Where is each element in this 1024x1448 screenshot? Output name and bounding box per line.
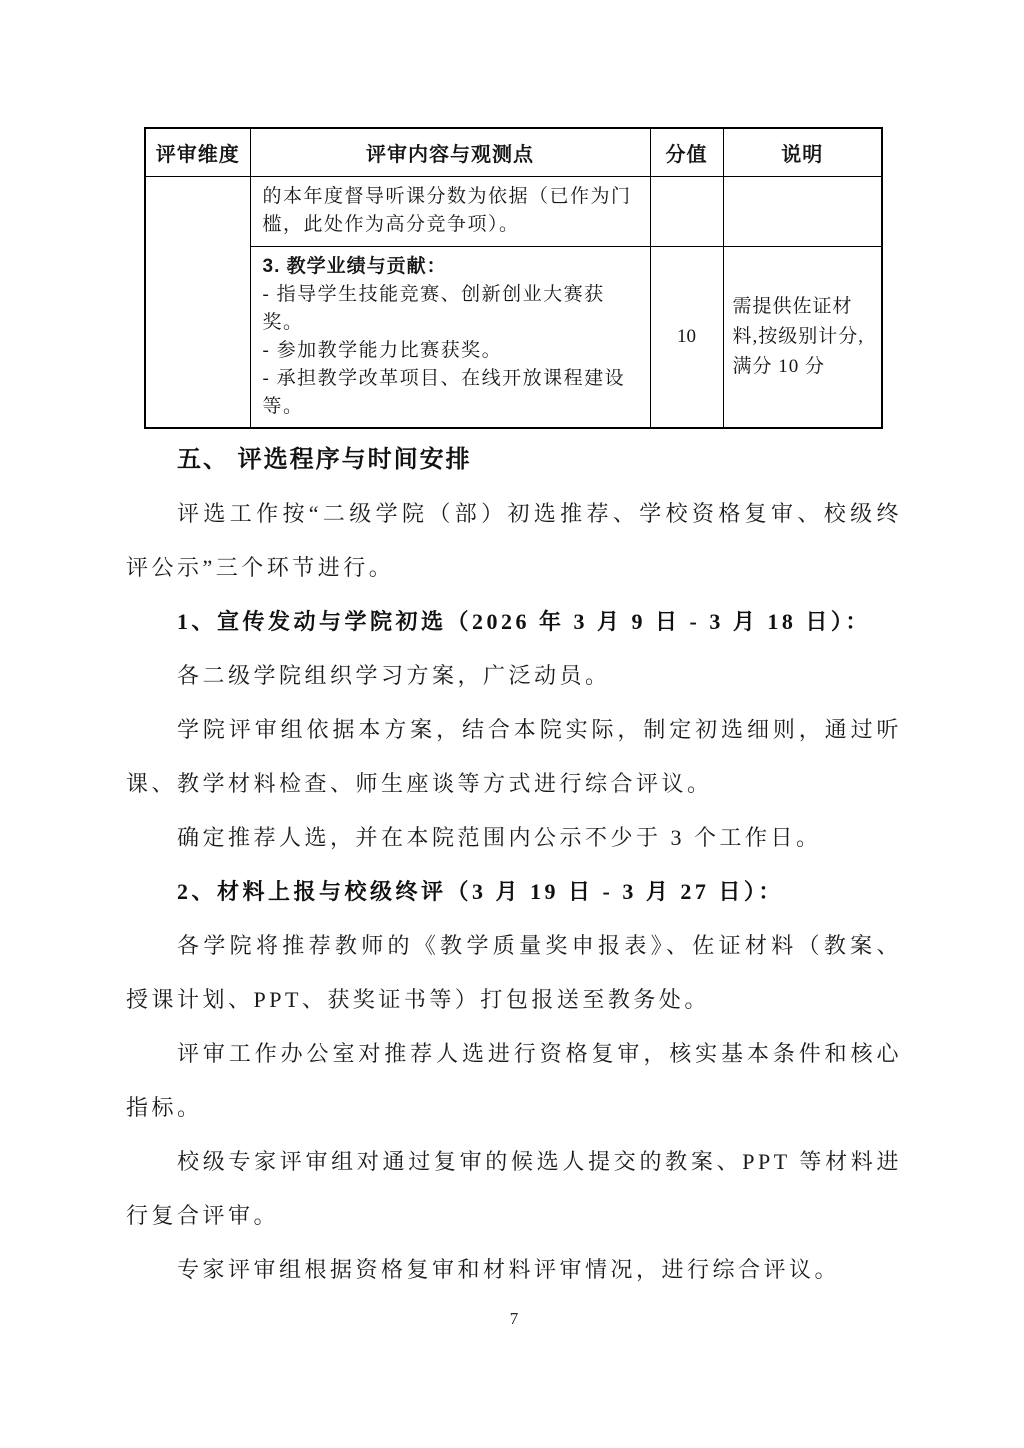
paragraph: 各二级学院组织学习方案，广泛动员。 <box>126 649 902 703</box>
header-cell-note: 说明 <box>723 128 882 176</box>
criteria-item: - 指导学生技能竞赛、创新创业大赛获奖。 <box>263 281 638 337</box>
paragraph: 专家评审组根据资格复审和材料评审情况，进行综合评议。 <box>126 1243 902 1297</box>
paragraph-step-2-title: 2、材料上报与校级终评（3 月 19 日 - 3 月 27 日）： <box>126 865 902 919</box>
page-number: 7 <box>126 1309 902 1329</box>
table-header-row: 评审维度 评审内容与观测点 分值 说明 <box>145 128 882 176</box>
paragraph-step-1-title: 1、宣传发动与学院初选（2026 年 3 月 9 日 - 3 月 18 日）： <box>126 595 902 649</box>
cell-content-criteria: 3. 教学业绩与贡献： - 指导学生技能竞赛、创新创业大赛获奖。 - 参加教学能… <box>250 246 650 428</box>
document-page: 评审维度 评审内容与观测点 分值 说明 的本年度督导听课分数为依据（已作为门槛，… <box>0 0 1024 1448</box>
header-cell-content: 评审内容与观测点 <box>250 128 650 176</box>
cell-note-empty <box>723 176 882 246</box>
paragraph: 各学院将推荐教师的《教学质量奖申报表》、佐证材料（教案、授课计划、PPT、获奖证… <box>126 919 902 1027</box>
paragraph: 确定推荐人选，并在本院范围内公示不少于 3 个工作日。 <box>126 811 902 865</box>
cell-score-empty <box>650 176 723 246</box>
paragraph-intro: 评选工作按“二级学院（部）初选推荐、学校资格复审、校级终评公示”三个环节进行。 <box>126 487 902 595</box>
cell-dimension-merged <box>145 176 250 428</box>
criteria-item: - 参加教学能力比赛获奖。 <box>263 337 638 365</box>
criteria-title: 3. 教学业绩与贡献： <box>263 253 638 281</box>
table-row: 的本年度督导听课分数为依据（已作为门槛，此处作为高分竞争项）。 <box>145 176 882 246</box>
header-cell-dimension: 评审维度 <box>145 128 250 176</box>
header-cell-score: 分值 <box>650 128 723 176</box>
criteria-item: - 承担教学改革项目、在线开放课程建设等。 <box>263 365 638 421</box>
section-heading: 五、 评选程序与时间安排 <box>126 433 902 487</box>
paragraph: 评审工作办公室对推荐人选进行资格复审，核实基本条件和核心指标。 <box>126 1027 902 1135</box>
review-criteria-table: 评审维度 评审内容与观测点 分值 说明 的本年度督导听课分数为依据（已作为门槛，… <box>144 127 883 429</box>
cell-content-continuation: 的本年度督导听课分数为依据（已作为门槛，此处作为高分竞争项）。 <box>250 176 650 246</box>
cell-score-value: 10 <box>650 246 723 428</box>
cell-note-text: 需提供佐证材料,按级别计分,满分 10 分 <box>723 246 882 428</box>
document-body: 评审维度 评审内容与观测点 分值 说明 的本年度督导听课分数为依据（已作为门槛，… <box>0 0 1024 1329</box>
paragraph: 学院评审组依据本方案，结合本院实际，制定初选细则，通过听课、教学材料检查、师生座… <box>126 703 902 811</box>
table-row: 3. 教学业绩与贡献： - 指导学生技能竞赛、创新创业大赛获奖。 - 参加教学能… <box>145 246 882 428</box>
paragraph: 校级专家评审组对通过复审的候选人提交的教案、PPT 等材料进行复合评审。 <box>126 1135 902 1243</box>
